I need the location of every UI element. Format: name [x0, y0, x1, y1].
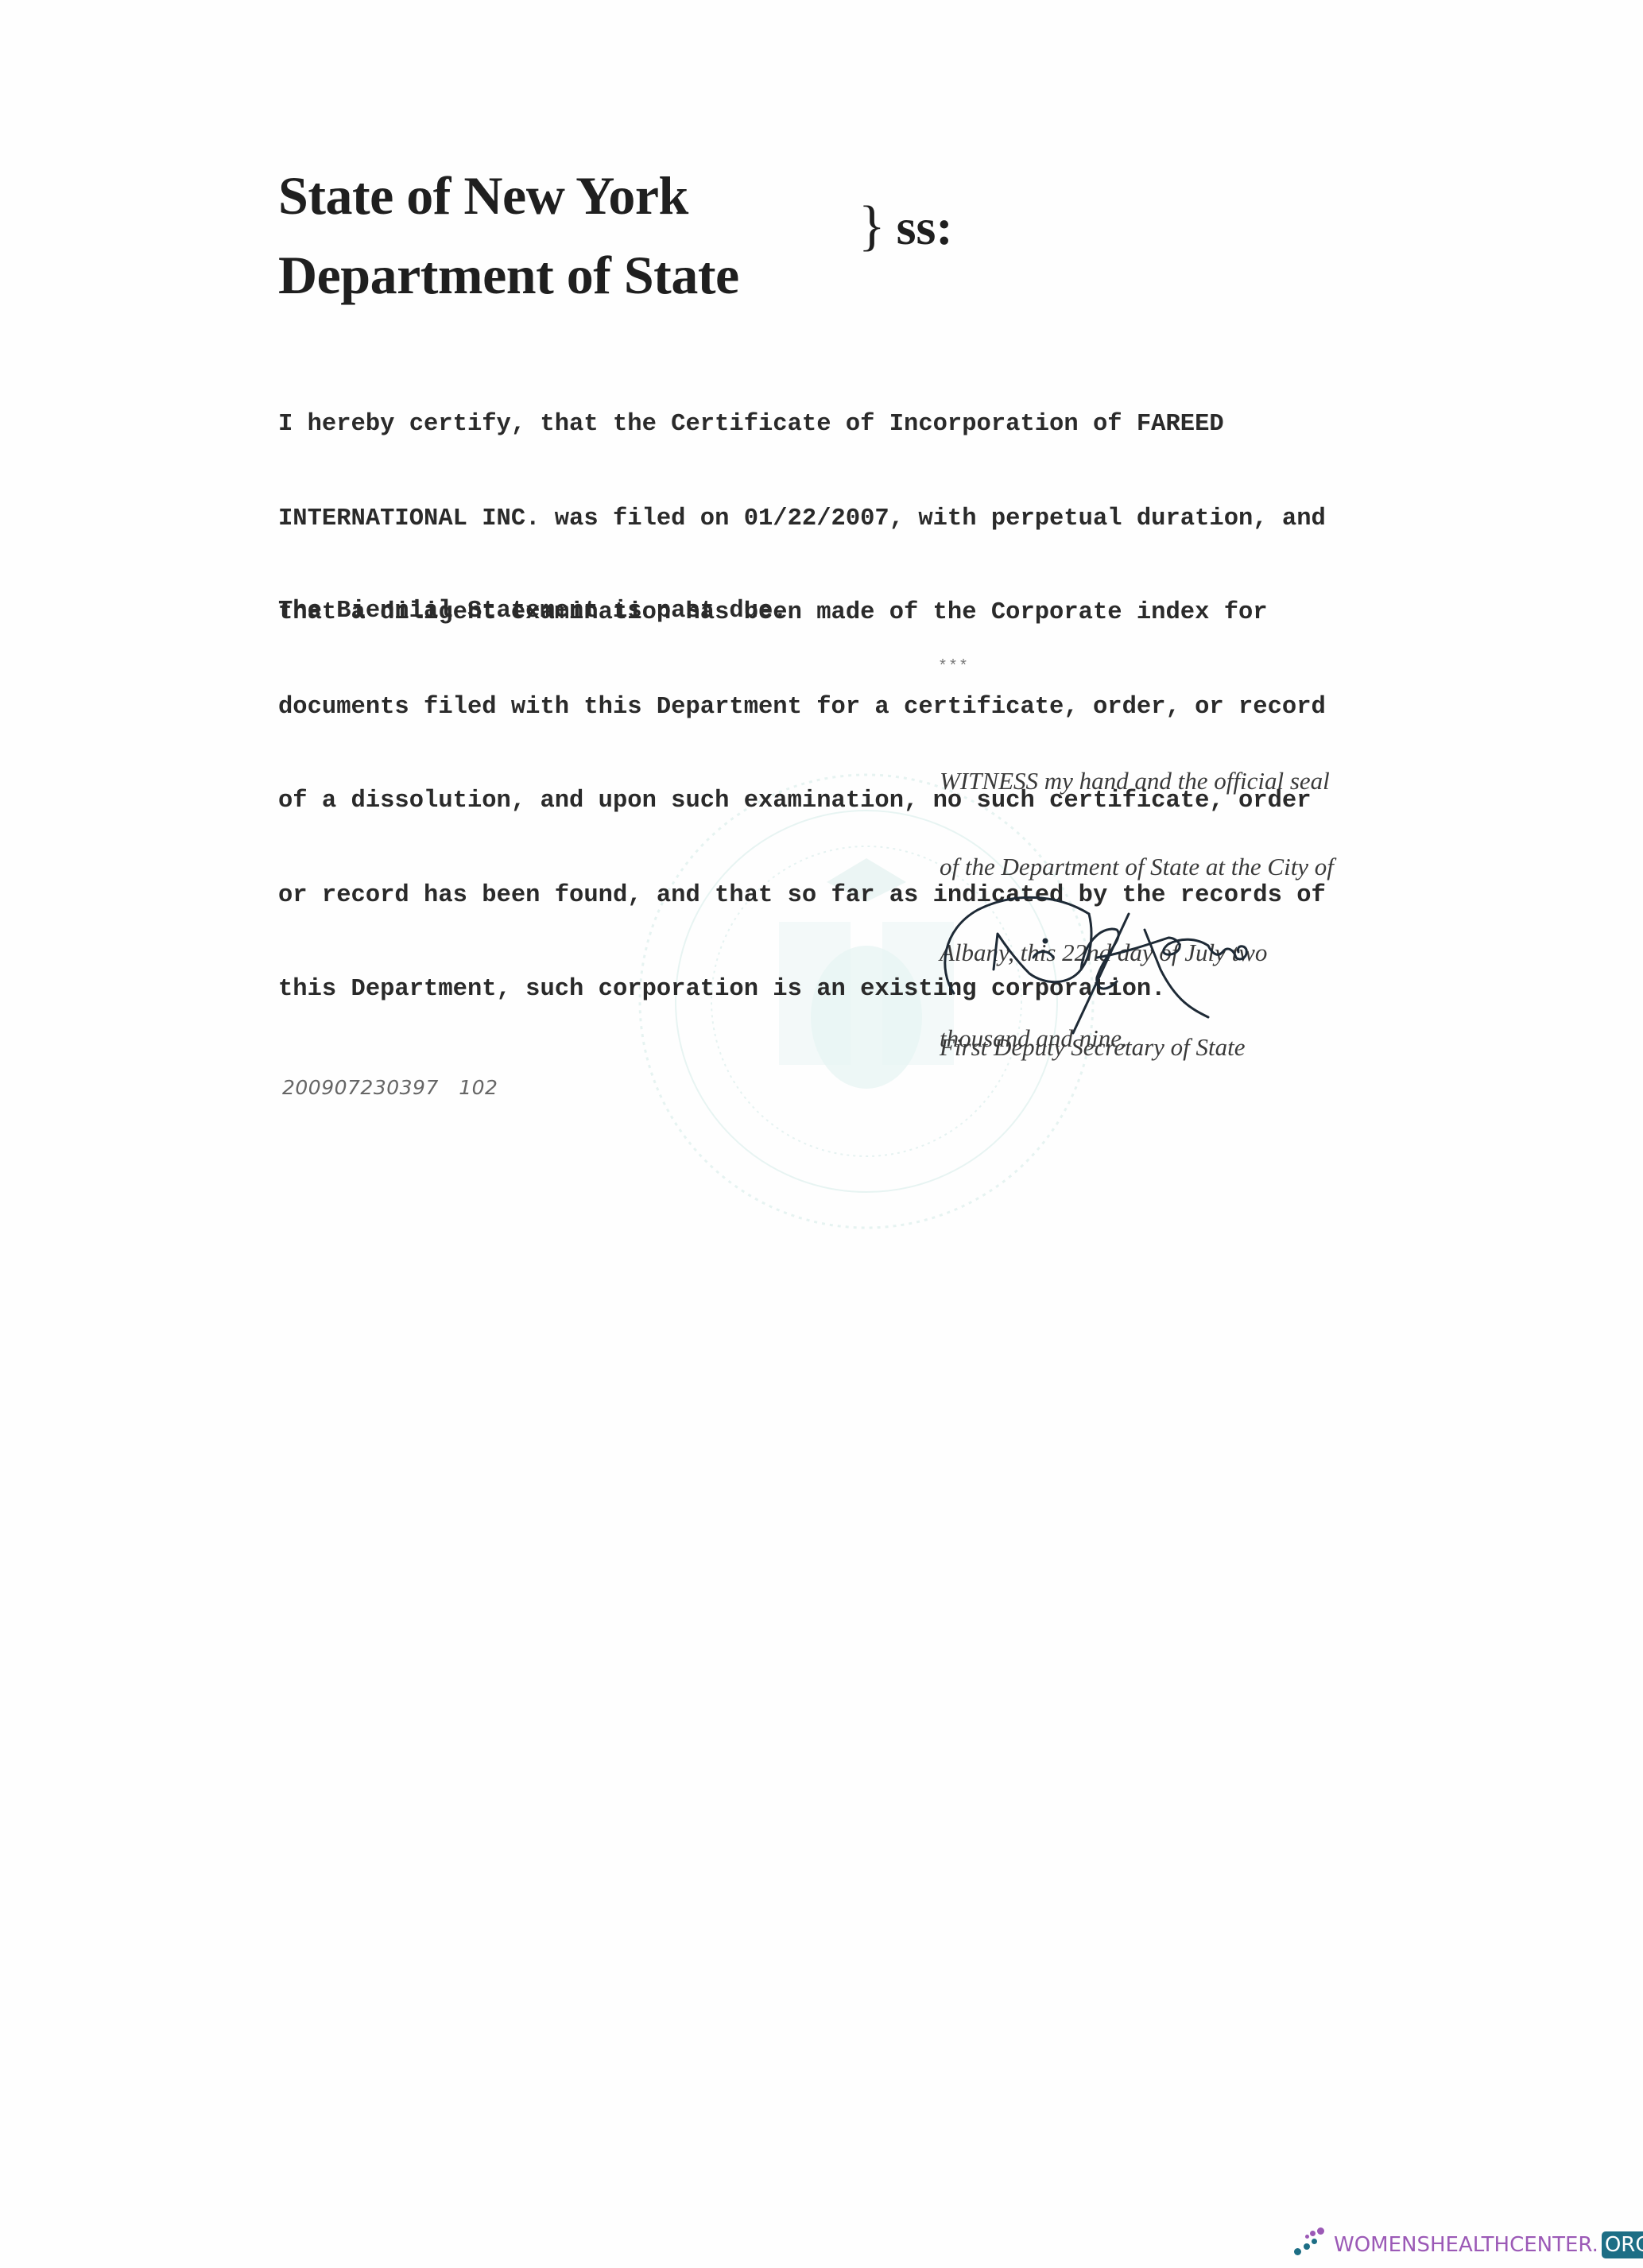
certification-line: I hereby certify, that the Certificate o…: [278, 409, 1326, 441]
watermark-org-badge: ORG: [1602, 2231, 1643, 2258]
header-department: Department of State: [278, 235, 739, 315]
witness-line: of the Department of State at the City o…: [940, 853, 1334, 881]
biennial-note: The Biennial Statement is past due.: [278, 598, 788, 625]
ss-marker: }ss:: [858, 195, 953, 258]
signatory-title: First Deputy Secretary of State: [940, 1033, 1246, 1062]
header-state: State of New York: [278, 156, 739, 235]
separator: ***: [938, 658, 969, 676]
brace: }: [858, 195, 885, 257]
site-watermark[interactable]: WOMENSHEALTHCENTER. ORG: [1294, 2225, 1643, 2265]
certificate-page: State of New York Department of State }s…: [0, 0, 1643, 2268]
document-number: 200907230397 102: [282, 1076, 498, 1099]
watermark-text: WOMENSHEALTHCENTER.: [1334, 2233, 1598, 2257]
certification-line: INTERNATIONAL INC. was filed on 01/22/20…: [278, 504, 1326, 536]
signature-icon: [938, 882, 1351, 1041]
ss-label: ss:: [897, 199, 953, 255]
witness-line: WITNESS my hand and the official seal: [940, 767, 1334, 795]
document-header: State of New York Department of State: [278, 156, 739, 315]
logo-dots-icon: [1294, 2229, 1331, 2261]
